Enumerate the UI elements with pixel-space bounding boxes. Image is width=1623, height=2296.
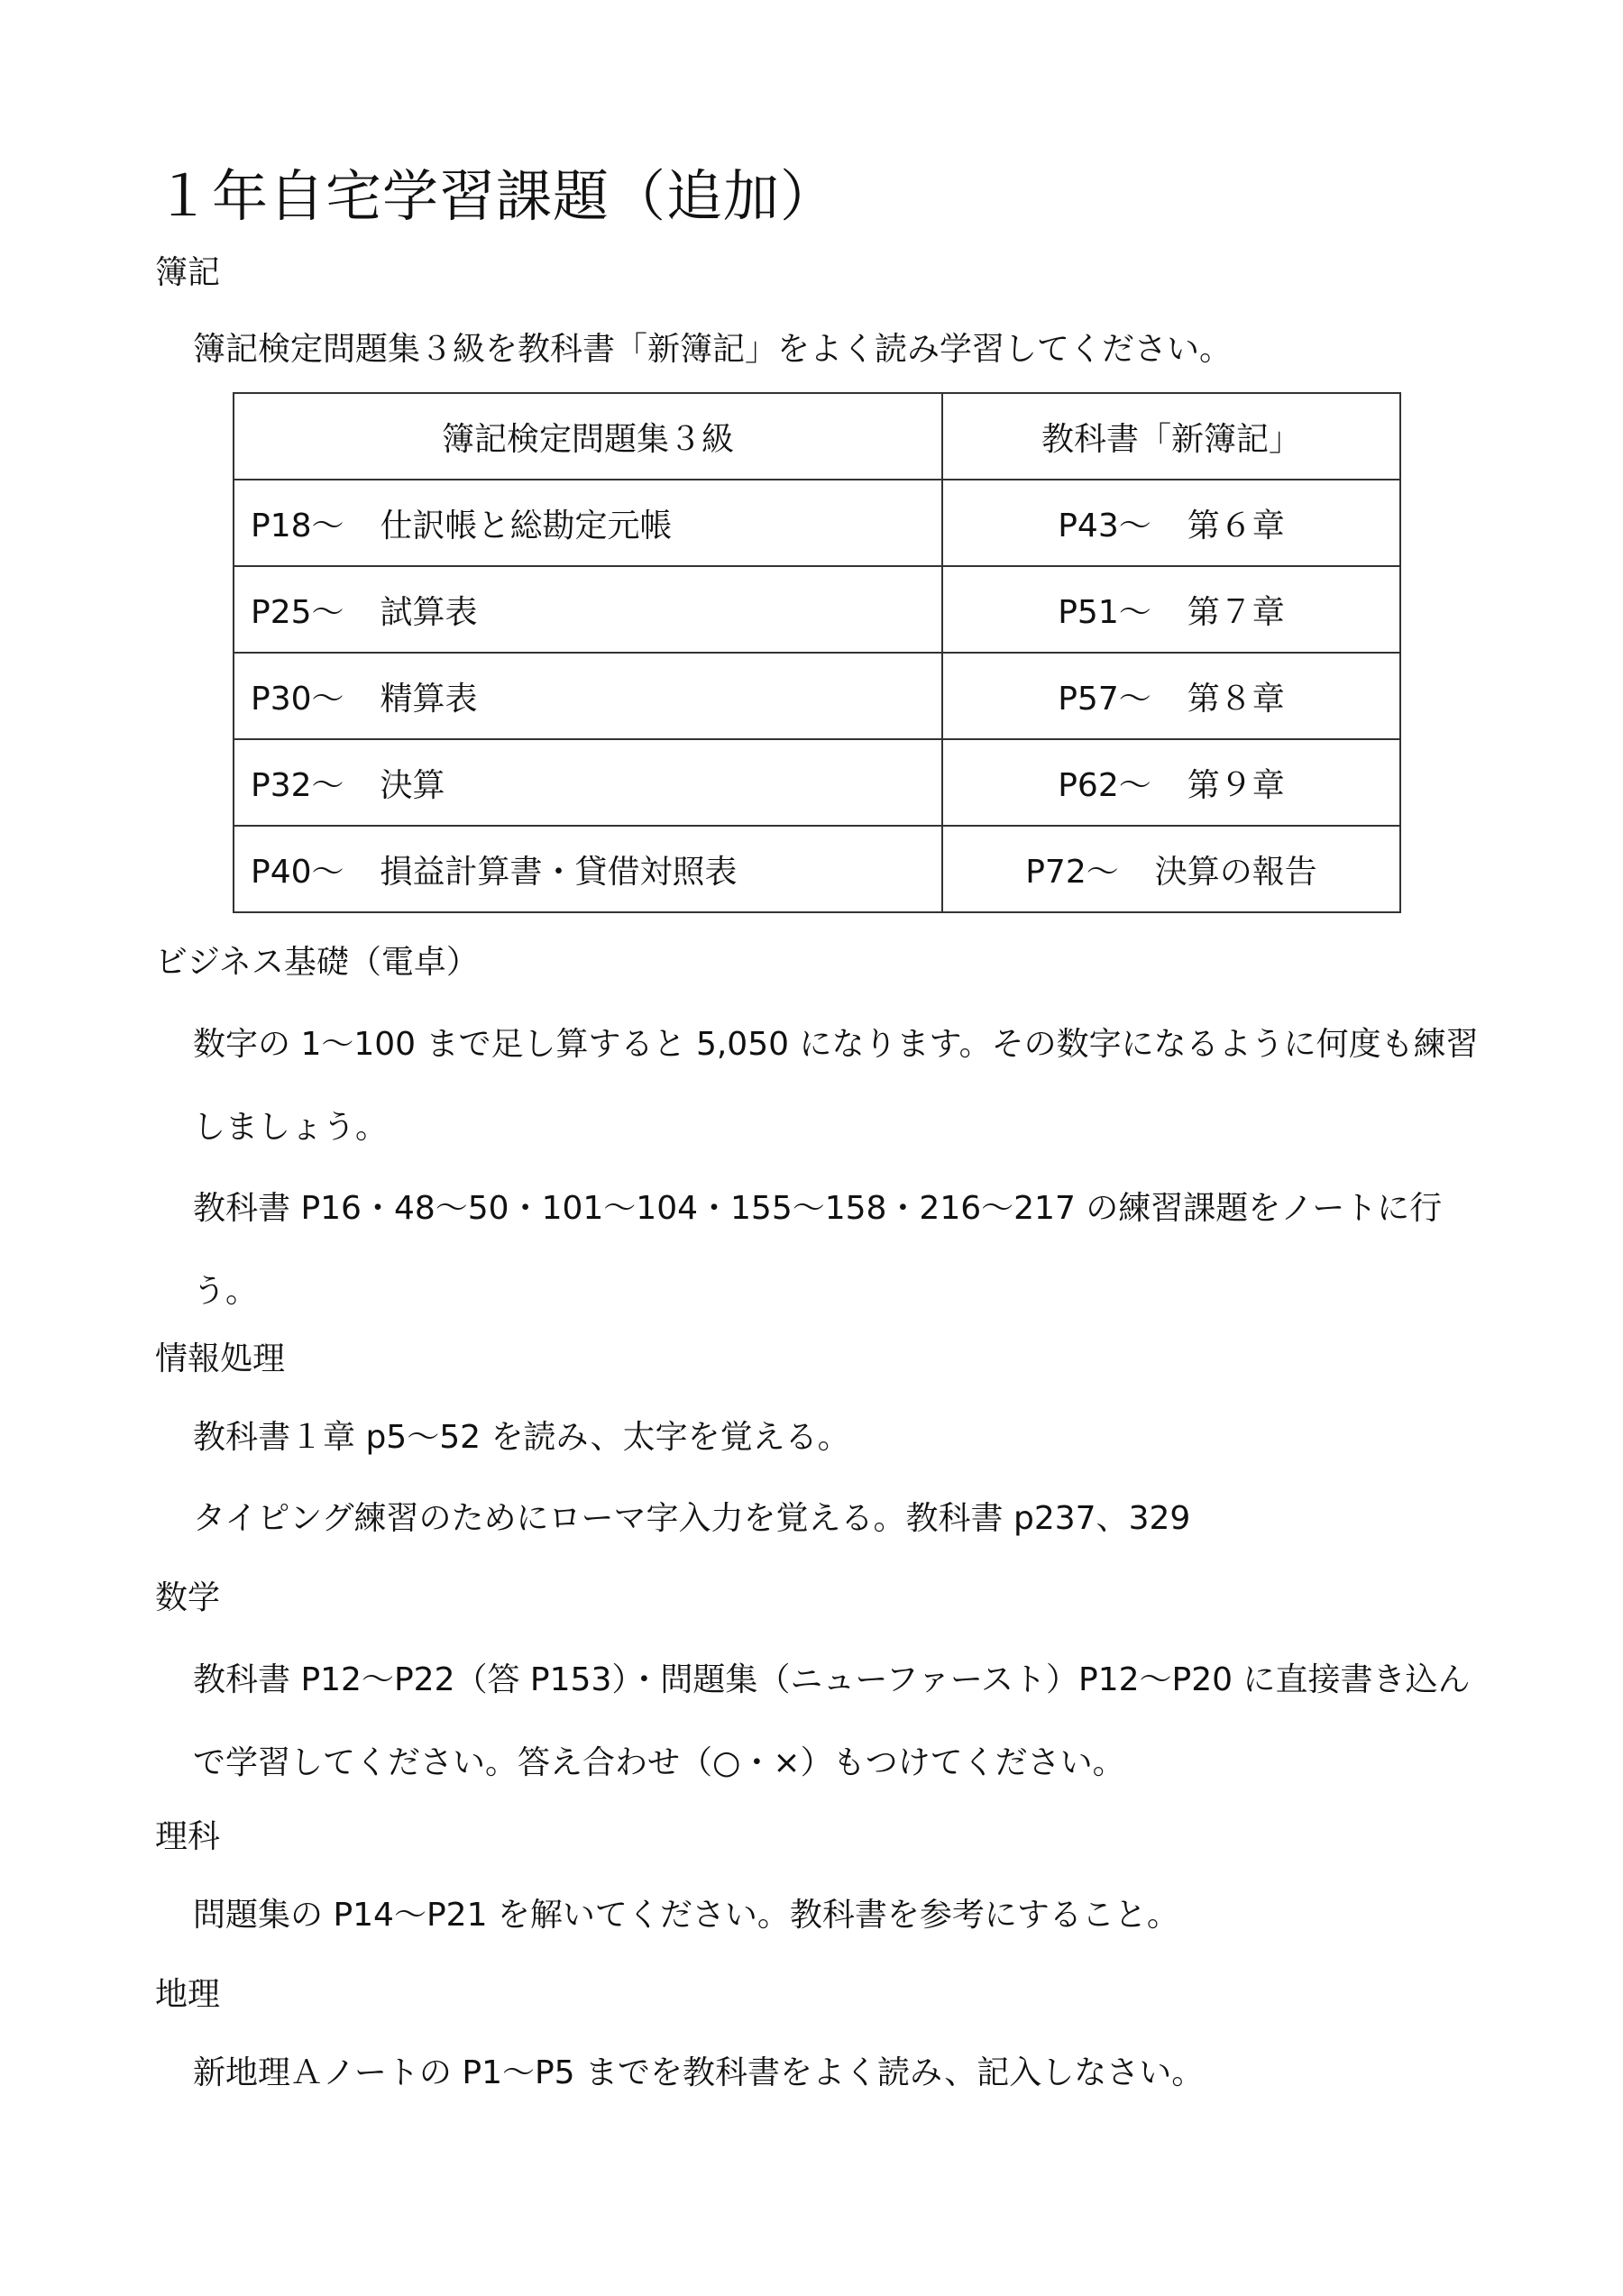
science-paragraph: 問題集の P14～P21 を解いてください。教科書を参考にすること。 — [193, 1893, 1491, 1938]
information-processing-paragraph-2: タイピング練習のためにローマ字入力を覚える。教科書 p237、329 — [193, 1496, 1491, 1541]
chapter: 第８章 — [1187, 681, 1285, 718]
page-ref: P25～ — [251, 594, 344, 631]
topic: 試算表 — [381, 594, 478, 631]
topic: 精算表 — [381, 681, 478, 718]
page-ref: P57～ — [1058, 681, 1151, 718]
topic: 損益計算書・貸借対照表 — [381, 854, 738, 891]
table-header-row: 簿記検定問題集３級 教科書「新簿記」 — [234, 393, 1400, 480]
table-row: P40～損益計算書・貸借対照表 P72～決算の報告 — [234, 826, 1400, 912]
table-row: P18～仕訳帳と総勘定元帳 P43～第６章 — [234, 480, 1400, 566]
page-ref: P43～ — [1058, 508, 1151, 544]
chapter: 第７章 — [1187, 594, 1285, 631]
business-basics-paragraph-1: 数字の 1～100 まで足し算すると 5,050 になります。その数字になるよう… — [193, 1003, 1491, 1169]
page-ref: P72～ — [1025, 854, 1119, 891]
table-cell-workbook: P30～精算表 — [234, 653, 942, 739]
page-ref: P51～ — [1058, 594, 1151, 631]
table-cell-textbook: P43～第６章 — [942, 480, 1400, 566]
section-heading-geography: 地理 — [155, 1972, 220, 2017]
bookkeeping-instruction: 簿記検定問題集３級を教科書「新簿記」をよく読み学習してください。 — [193, 327, 1491, 372]
page-ref: P62～ — [1058, 767, 1151, 804]
chapter: 決算の報告 — [1155, 854, 1317, 891]
table-cell-workbook: P40～損益計算書・貸借対照表 — [234, 826, 942, 912]
bookkeeping-table: 簿記検定問題集３級 教科書「新簿記」 P18～仕訳帳と総勘定元帳 P43～第６章… — [233, 392, 1401, 913]
table-header-textbook: 教科書「新簿記」 — [942, 393, 1400, 480]
table-row: P30～精算表 P57～第８章 — [234, 653, 1400, 739]
chapter: 第６章 — [1187, 508, 1285, 544]
table-row: P25～試算表 P51～第７章 — [234, 566, 1400, 653]
table-cell-textbook: P72～決算の報告 — [942, 826, 1400, 912]
table-cell-textbook: P57～第８章 — [942, 653, 1400, 739]
table-header-workbook: 簿記検定問題集３級 — [234, 393, 942, 480]
topic: 仕訳帳と総勘定元帳 — [381, 508, 673, 544]
section-heading-science: 理科 — [155, 1815, 220, 1860]
document-page: １年自宅学習課題（追加） 簿記 簿記検定問題集３級を教科書「新簿記」をよく読み学… — [0, 0, 1623, 2296]
math-paragraph: 教科書 P12～P22（答 P153）・問題集（ニューファースト）P12～P20… — [193, 1639, 1491, 1805]
page-ref: P32～ — [251, 767, 344, 804]
section-heading-math: 数学 — [155, 1576, 220, 1621]
information-processing-paragraph-1: 教科書１章 p5～52 を読み、太字を覚える。 — [193, 1415, 1491, 1460]
table-cell-workbook: P32～決算 — [234, 739, 942, 826]
section-heading-bookkeeping: 簿記 — [155, 251, 220, 296]
table-cell-workbook: P25～試算表 — [234, 566, 942, 653]
table-cell-textbook: P62～第９章 — [942, 739, 1400, 826]
table-cell-workbook: P18～仕訳帳と総勘定元帳 — [234, 480, 942, 566]
business-basics-paragraph-2: 教科書 P16・48～50・101～104・155～158・216～217 の練… — [193, 1167, 1491, 1333]
geography-paragraph: 新地理Ａノートの P1～P5 までを教科書をよく読み、記入しなさい。 — [193, 2051, 1491, 2096]
page-ref: P30～ — [251, 681, 344, 718]
table-cell-textbook: P51～第７章 — [942, 566, 1400, 653]
page-ref: P18～ — [251, 508, 344, 544]
chapter: 第９章 — [1187, 767, 1285, 804]
section-heading-business-basics: ビジネス基礎（電卓） — [155, 940, 479, 985]
topic: 決算 — [381, 767, 445, 804]
page-title: １年自宅学習課題（追加） — [155, 160, 837, 233]
page-ref: P40～ — [251, 854, 344, 891]
section-heading-information-processing: 情報処理 — [155, 1337, 285, 1382]
table-row: P32～決算 P62～第９章 — [234, 739, 1400, 826]
